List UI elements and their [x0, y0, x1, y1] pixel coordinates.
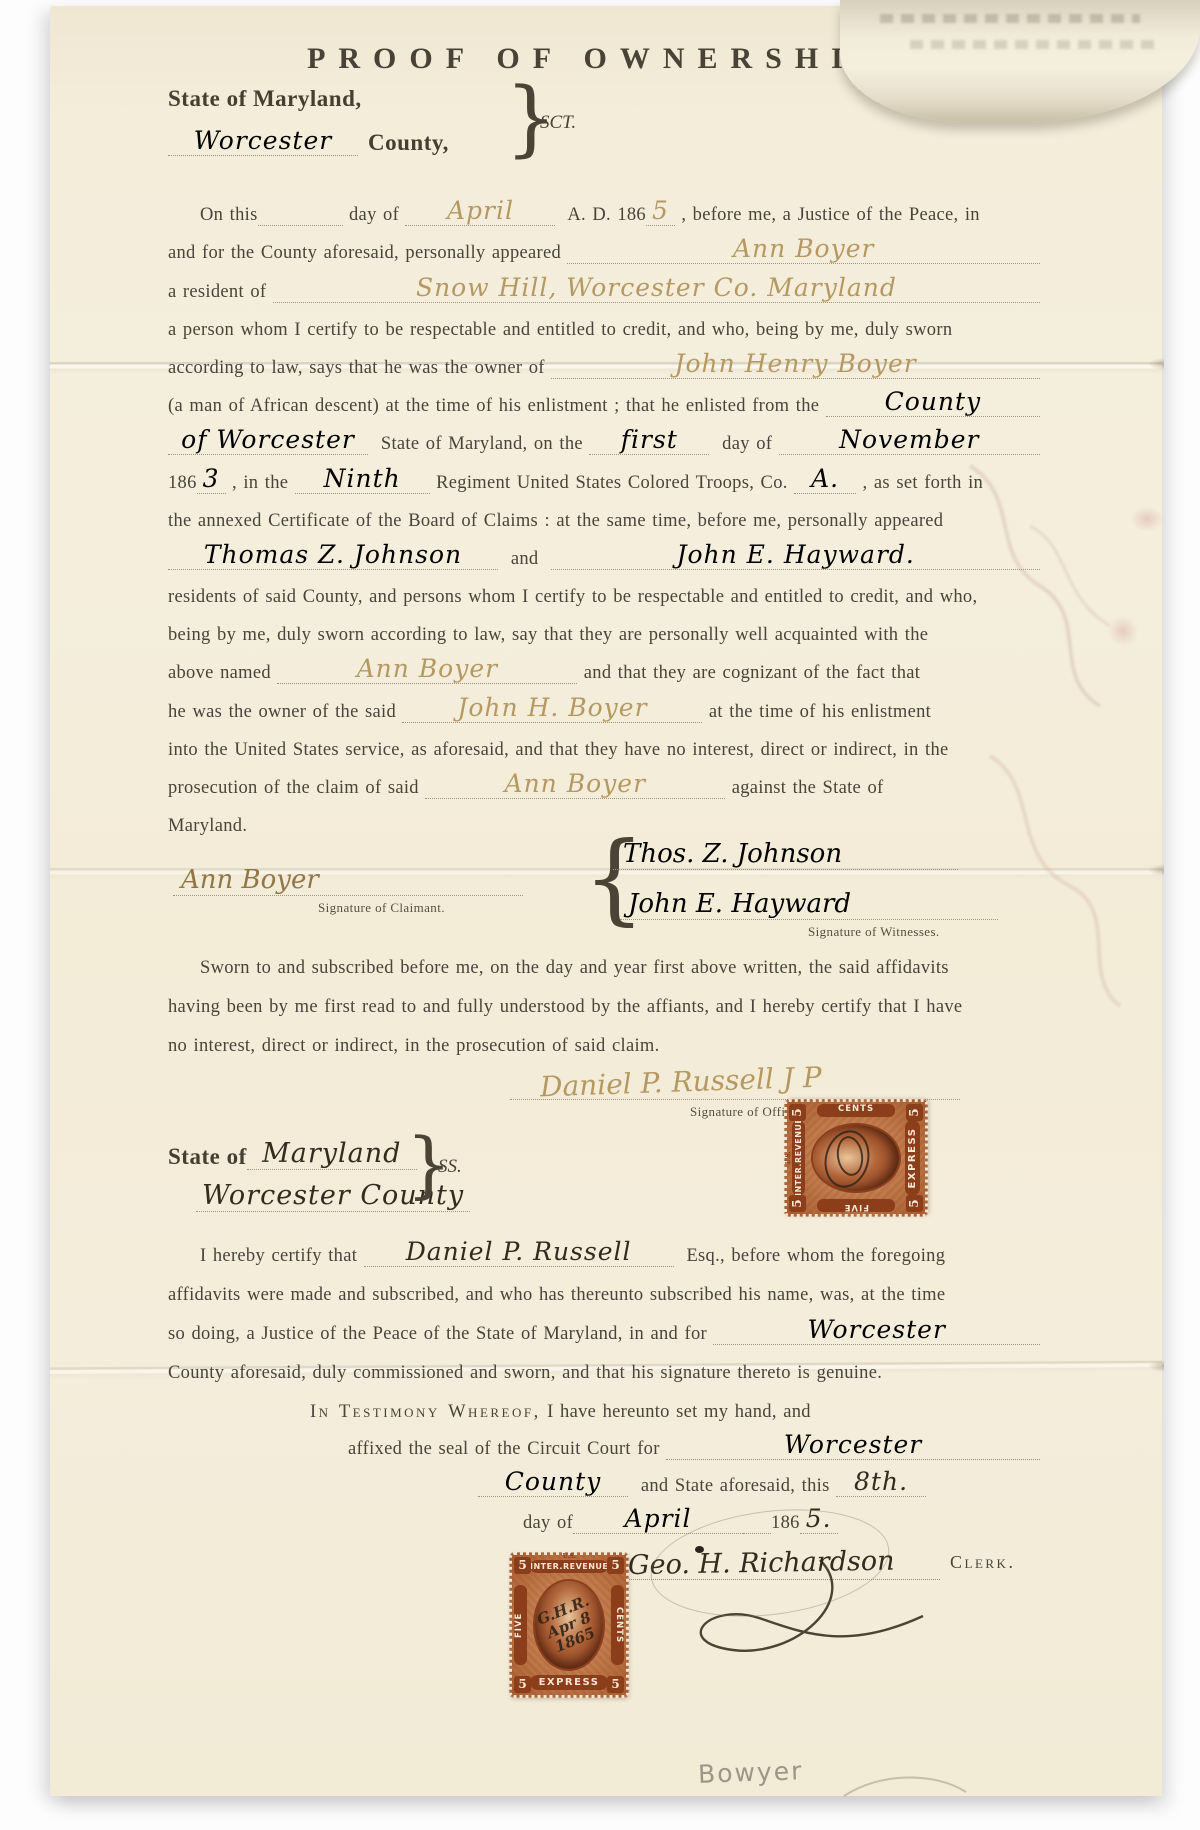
clerk-label: Clerk.	[950, 1552, 1015, 1573]
stamp-denomination: 5	[789, 1104, 806, 1121]
printed-text: into the United States service, as afore…	[168, 740, 949, 761]
printed-text: no interest, direct or indirect, in the …	[168, 1036, 660, 1057]
handwritten-entry: Snow Hill, Worcester Co. Maryland	[273, 273, 1040, 303]
printed-text: affixed the seal of the Circuit Court fo…	[348, 1439, 666, 1460]
stamp-left-band: FIVE	[817, 1199, 895, 1212]
stamp-top-band: INTER.REVENUE	[792, 1120, 805, 1196]
printed-text: and that they are cognizant of the fact …	[577, 663, 920, 684]
handwritten-entry: John E. Hayward.	[551, 540, 1040, 570]
stamp-denomination: 5	[906, 1104, 923, 1121]
ghost-text	[880, 14, 1140, 23]
handwritten-entry: of Worcester	[168, 425, 368, 455]
ink-dot	[695, 1546, 704, 1553]
form-line: On this day of April A. D. 1865 , before…	[168, 190, 1040, 228]
form-line: of Worcester State of Maryland, on the f…	[168, 419, 1040, 457]
printed-text: day of	[343, 205, 406, 226]
form-line: having been by me first read to and full…	[168, 981, 1040, 1020]
ghost-text	[910, 40, 1160, 49]
form-line: County and State aforesaid, this 8th.	[168, 1462, 1040, 1499]
handwritten-entry: 3	[197, 464, 226, 494]
printed-text: affidavits were made and subscribed, and…	[168, 1285, 945, 1306]
handwritten-entry: Ann Boyer	[277, 654, 577, 684]
state-line: State of Maryland,	[168, 86, 668, 112]
handwritten-entry: 5	[646, 196, 675, 226]
certification-paragraph: I hereby certify that Daniel P. Russell …	[168, 1230, 1040, 1386]
fold-notch	[1148, 864, 1164, 876]
printed-text: above named	[168, 663, 277, 684]
printed-text: Esq., before whom the foregoing	[674, 1246, 946, 1267]
printed-text: so doing, a Justice of the Peace of the …	[168, 1324, 713, 1345]
printed-text: and State aforesaid, this	[628, 1476, 836, 1497]
printed-text: he was the owner of the said	[168, 702, 402, 723]
printed-text: State of Maryland, on the	[368, 434, 589, 455]
paper-stain	[1130, 506, 1164, 532]
form-line: no interest, direct or indirect, in the …	[168, 1020, 1040, 1059]
handwritten-entry: Ann Boyer	[567, 234, 1040, 264]
printed-text: being by me, duly sworn according to law…	[168, 625, 928, 646]
officer-signature-line: Daniel P. Russell J P	[510, 1056, 960, 1100]
form-line: above named Ann Boyer and that they are …	[168, 648, 1040, 686]
printed-text: Regiment United States Colored Troops, C…	[430, 473, 794, 494]
ink-cancel-text: G.H.R. Apr 8 1865	[487, 1536, 650, 1714]
form-line: 1863 , in the Ninth Regiment United Stat…	[168, 457, 1040, 495]
fold-notch	[1148, 1360, 1164, 1372]
form-line: so doing, a Justice of the Peace of the …	[168, 1308, 1040, 1347]
witness-signature-2: John E. Hayward	[620, 889, 851, 919]
county-entry: Worcester	[168, 126, 358, 156]
form-line: and for the County aforesaid, personally…	[168, 228, 1040, 266]
paper-stain	[1108, 616, 1138, 646]
handwritten-entry: 8th.	[836, 1467, 926, 1497]
form-line: residents of said County, and persons wh…	[168, 572, 1040, 610]
revenue-stamp-upper: U.S. INTER.REVENUE 5 5 5 5 FIVE CENTS EX…	[785, 1100, 927, 1216]
claimant-label: Signature of Claimant.	[318, 900, 445, 916]
printed-text: , as set forth in	[856, 473, 983, 494]
handwritten-entry: John H. Boyer	[402, 693, 702, 723]
form-line: affixed the seal of the Circuit Court fo…	[168, 1425, 1040, 1462]
printed-text: having been by me first read to and full…	[168, 997, 962, 1018]
form-line: In Testimony Whereof, I have hereunto se…	[168, 1388, 1040, 1425]
revenue-stamp-lower: U.S. INTER.REVENUE 5 5 5 5 FIVE CENTS EX…	[510, 1553, 628, 1697]
printed-text: residents of said County, and persons wh…	[168, 587, 977, 608]
affidavit-paragraph: On this day of April A. D. 1865 , before…	[168, 190, 1040, 839]
pencil-arc-mark	[840, 1766, 970, 1800]
sct-abbr: SCT.	[540, 112, 576, 134]
printed-text: I hereby certify that	[200, 1246, 364, 1267]
claimant-signature: Ann Boyer	[173, 865, 319, 895]
printed-text: County aforesaid, duly commissioned and …	[168, 1363, 882, 1384]
printed-text: , before me, a Justice of the Peace, in	[675, 205, 980, 226]
handwritten-entry: Daniel P. Russell	[364, 1237, 674, 1267]
form-line: day ofApril1865.	[168, 1499, 1040, 1536]
fold-notch	[1148, 358, 1164, 370]
printed-text: 186	[168, 473, 197, 494]
handwritten-entry: Ninth	[295, 464, 430, 494]
handwritten-entry: Worcester	[666, 1430, 1040, 1460]
handwritten-entry: April	[405, 196, 555, 226]
printed-text: against the State of	[725, 778, 883, 799]
printed-text: On this	[200, 205, 258, 226]
form-line: a person whom I certify to be respectabl…	[168, 305, 1040, 343]
ss-abbr: SS.	[438, 1156, 462, 1178]
witness-signature-line-1: Thos. Z. Johnson	[613, 836, 958, 870]
handwritten-entry: Ann Boyer	[425, 769, 725, 799]
signature-block: Ann Boyer Signature of Claimant. { Thos.…	[168, 836, 1040, 946]
stamp-right-band: CENTS	[817, 1104, 895, 1117]
printed-text: according to law, says that he was the o…	[168, 358, 551, 379]
form-line: into the United States service, as afore…	[168, 725, 1040, 763]
stamp-denomination: 5	[906, 1195, 923, 1212]
form-line: Sworn to and subscribed before me, on th…	[168, 942, 1040, 981]
form-line: County aforesaid, duly commissioned and …	[168, 1347, 1040, 1386]
printed-text: a person whom I certify to be respectabl…	[168, 320, 952, 341]
handwritten-entry: County	[826, 387, 1040, 417]
handwritten-entry: A.	[794, 464, 856, 494]
form-line: he was the owner of the said John H. Boy…	[168, 686, 1040, 724]
handwritten-entry: Worcester	[713, 1315, 1040, 1345]
handwritten-entry: Thomas Z. Johnson	[168, 540, 498, 570]
printed-text: Maryland.	[168, 816, 247, 837]
form-line: a resident of Snow Hill, Worcester Co. M…	[168, 266, 1040, 304]
claimant-signature-line: Ann Boyer	[173, 860, 523, 896]
printed-text: I have hereunto set my hand, and	[541, 1402, 811, 1423]
handwritten-entry: first	[589, 425, 709, 455]
sworn-paragraph: Sworn to and subscribed before me, on th…	[168, 942, 1040, 1059]
form-line: Thomas Z. Johnson and John E. Hayward.	[168, 534, 1040, 572]
printed-text: and for the County aforesaid, personally…	[168, 243, 567, 264]
handwritten-entry: November	[779, 425, 1040, 455]
printed-text: day of	[523, 1513, 573, 1534]
printed-text: day of	[709, 434, 778, 455]
handwritten-entry: County	[478, 1467, 628, 1497]
printed-text: at the time of his enlistment	[702, 702, 931, 723]
printed-text: (a man of African descent) at the time o…	[168, 396, 826, 417]
printed-text: Sworn to and subscribed before me, on th…	[200, 958, 949, 979]
pencil-annotation: Bowyer	[698, 1756, 804, 1789]
photographed-document: PROOF OF OWNERSHIP. State of Maryland, W…	[0, 0, 1200, 1830]
form-line: the annexed Certificate of the Board of …	[168, 496, 1040, 534]
document-paper: PROOF OF OWNERSHIP. State of Maryland, W…	[50, 6, 1162, 1796]
printed-text: a resident of	[168, 282, 273, 303]
county-word: County,	[358, 130, 449, 156]
printed-text: , in the	[226, 473, 295, 494]
printed-text: the annexed Certificate of the Board of …	[168, 511, 943, 532]
officer-signature: Daniel P. Russell J P	[510, 1061, 823, 1105]
state-word: State of	[168, 1144, 247, 1170]
stamp-bottom-band: EXPRESS	[905, 1120, 920, 1196]
printed-text: prosecution of the claim of said	[168, 778, 425, 799]
jurat-heading-2: State of Maryland Worcester County } SS.	[168, 1128, 588, 1218]
printed-text: and	[498, 549, 551, 570]
form-line: affidavits were made and subscribed, and…	[168, 1269, 1040, 1308]
jurat-heading-1: State of Maryland, Worcester County, } S…	[168, 86, 668, 176]
form-line: (a man of African descent) at the time o…	[168, 381, 1040, 419]
form-line: being by me, duly sworn according to law…	[168, 610, 1040, 648]
witness-signature-line-2: John E. Hayward	[620, 882, 998, 920]
form-line: I hereby certify that Daniel P. Russell …	[168, 1230, 1040, 1269]
state-entry: Maryland	[247, 1138, 417, 1170]
handwritten-entry: John Henry Boyer	[551, 349, 1040, 379]
form-line: according to law, says that he was the o…	[168, 343, 1040, 381]
witness-signature-1: Thos. Z. Johnson	[613, 839, 842, 869]
form-line: prosecution of the claim of said Ann Boy…	[168, 763, 1040, 801]
printed-smallcaps: In Testimony Whereof,	[310, 1402, 541, 1423]
testimony-block: In Testimony Whereof, I have hereunto se…	[168, 1388, 1040, 1536]
witness-label: Signature of Witnesses.	[808, 924, 940, 940]
stamp-denomination: 5	[789, 1195, 806, 1212]
blank-line	[258, 210, 343, 226]
printed-text: A. D. 186	[555, 205, 646, 226]
